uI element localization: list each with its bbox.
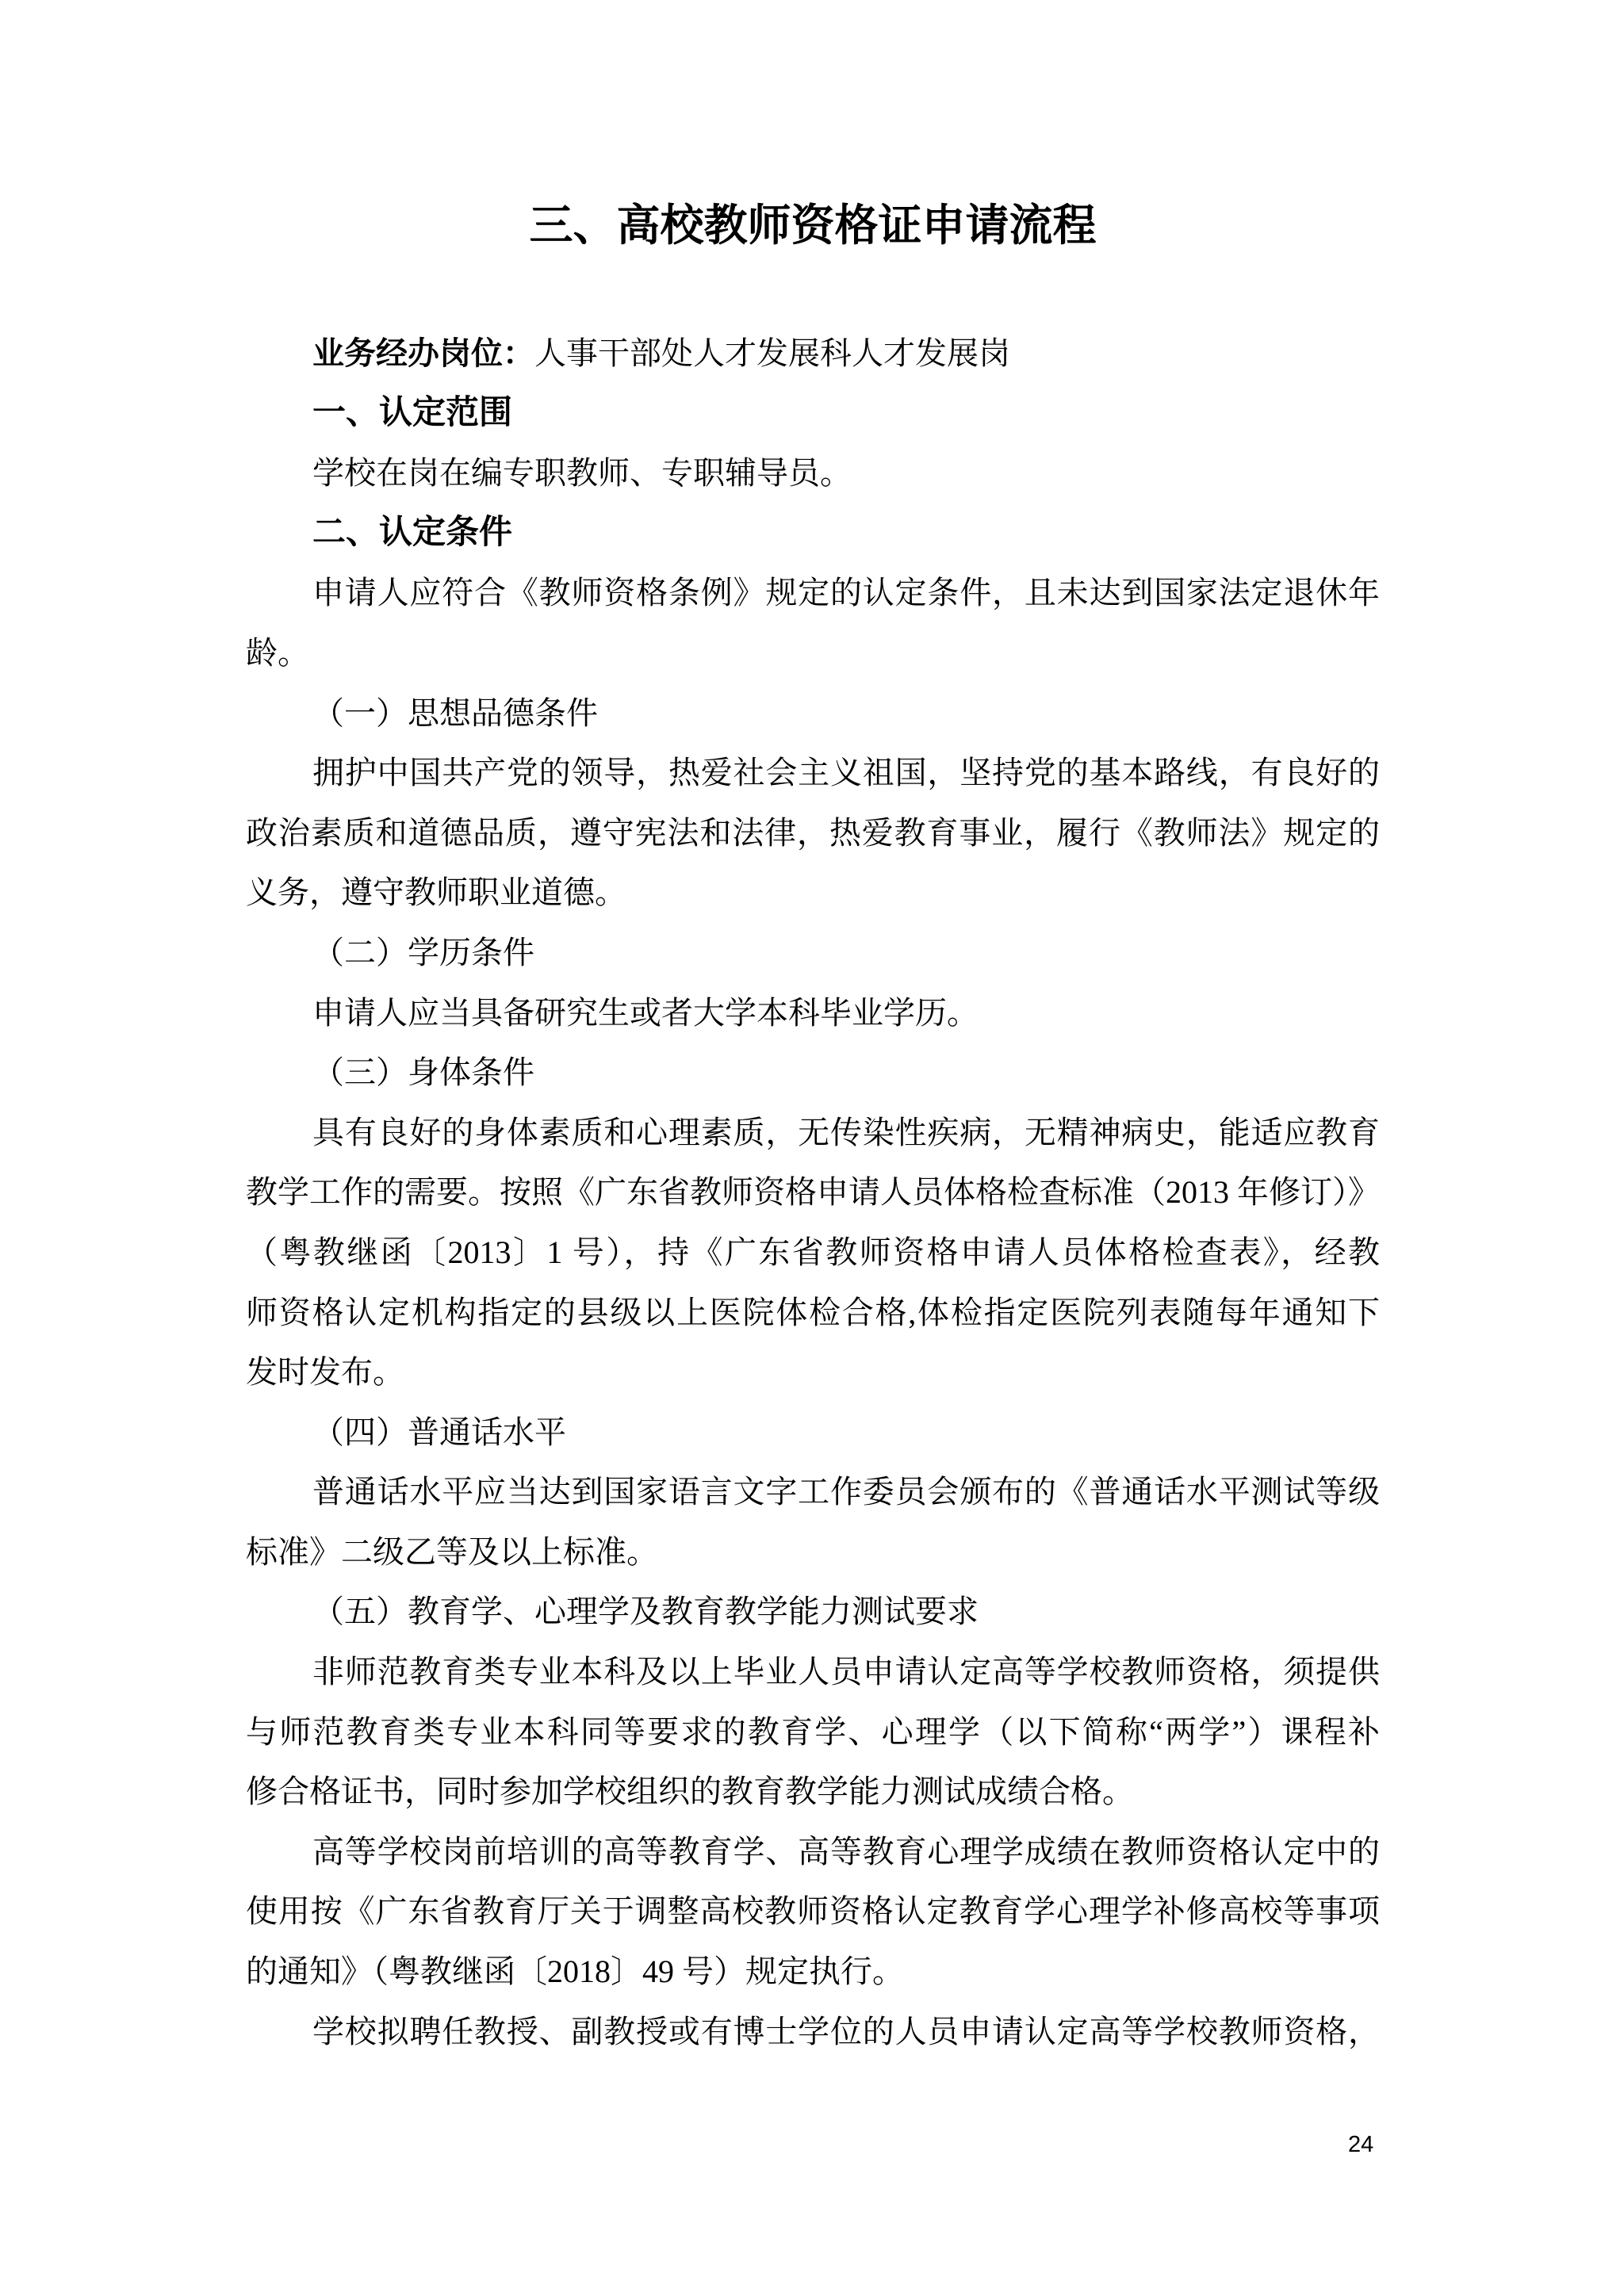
document-content: 三、高校教师资格证申请流程 业务经办岗位：人事干部处人才发展科人才发展岗一、认定…: [246, 196, 1380, 2061]
text-line: 普通话水平应当达到国家语言文字工作委员会颁布的《普通话水平测试等级: [246, 1462, 1380, 1522]
text-line: 申请人应当具备研究生或者大学本科毕业学历。: [246, 983, 1380, 1043]
text-line: 一、认定范围: [246, 384, 1380, 444]
text-line: （二）学历条件: [246, 923, 1380, 983]
text-line: 业务经办岗位：人事干部处人才发展科人才发展岗: [246, 323, 1380, 384]
text-line: 与师范教育类专业本科同等要求的教育学、心理学（以下简称“两学”）课程补: [246, 1702, 1380, 1762]
text-line: （五）教育学、心理学及教育教学能力测试要求: [246, 1582, 1380, 1642]
text-line: 义务，遵守教师职业道德。: [246, 863, 1380, 923]
text-line: 标准》二级乙等及以上标准。: [246, 1522, 1380, 1582]
text-line: （三）身体条件: [246, 1043, 1380, 1103]
text-line: 拥护中国共产党的领导，热爱社会主义祖国，坚持党的基本路线，有良好的: [246, 743, 1380, 803]
document-title: 三、高校教师资格证申请流程: [246, 196, 1380, 256]
document-body: 业务经办岗位：人事干部处人才发展科人才发展岗一、认定范围学校在岗在编专职教师、专…: [246, 323, 1380, 2061]
page-number: 24: [1348, 2131, 1383, 2158]
text-line: 非师范教育类专业本科及以上毕业人员申请认定高等学校教师资格，须提供: [246, 1642, 1380, 1702]
text-line: 龄。: [246, 623, 1380, 683]
text-line: （四）普通话水平: [246, 1402, 1380, 1463]
text-line: 二、认定条件: [246, 503, 1380, 564]
text-line: 学校拟聘任教授、副教授或有博士学位的人员申请认定高等学校教师资格，: [246, 2002, 1380, 2062]
text-line: （粤教继函〔2013〕1 号），持《广东省教师资格申请人员体格检查表》，经教: [246, 1223, 1380, 1283]
text-line: （一）思想品德条件: [246, 683, 1380, 744]
label-text: 人事干部处人才发展科人才发展岗: [534, 335, 1010, 371]
text-line: 修合格证书，同时参加学校组织的教育教学能力测试成绩合格。: [246, 1762, 1380, 1822]
text-line: 申请人应符合《教师资格条例》规定的认定条件，且未达到国家法定退休年: [246, 563, 1380, 623]
text-line: 政治素质和道德品质，遵守宪法和法律，热爱教育事业，履行《教师法》规定的: [246, 803, 1380, 863]
text-line: 发时发布。: [246, 1342, 1380, 1402]
text-line: 师资格认定机构指定的县级以上医院体检合格,体检指定医院列表随每年通知下: [246, 1283, 1380, 1343]
text-line: 高等学校岗前培训的高等教育学、高等教育心理学成绩在教师资格认定中的: [246, 1822, 1380, 1882]
text-line: 教学工作的需要。按照《广东省教师资格申请人员体格检查标准（2013 年修订）》: [246, 1162, 1380, 1223]
label-bold: 业务经办岗位：: [312, 335, 534, 371]
text-line: 具有良好的身体素质和心理素质，无传染性疾病，无精神病史，能适应教育: [246, 1103, 1380, 1163]
text-line: 使用按《广东省教育厅关于调整高校教师资格认定教育学心理学补修高校等事项: [246, 1881, 1380, 1942]
text-line: 学校在岗在编专职教师、专职辅导员。: [246, 443, 1380, 503]
document-page: 三、高校教师资格证申请流程 业务经办岗位：人事干部处人才发展科人才发展岗一、认定…: [0, 0, 1624, 2296]
text-line: 的通知》（粤教继函〔2018〕49 号）规定执行。: [246, 1942, 1380, 2002]
